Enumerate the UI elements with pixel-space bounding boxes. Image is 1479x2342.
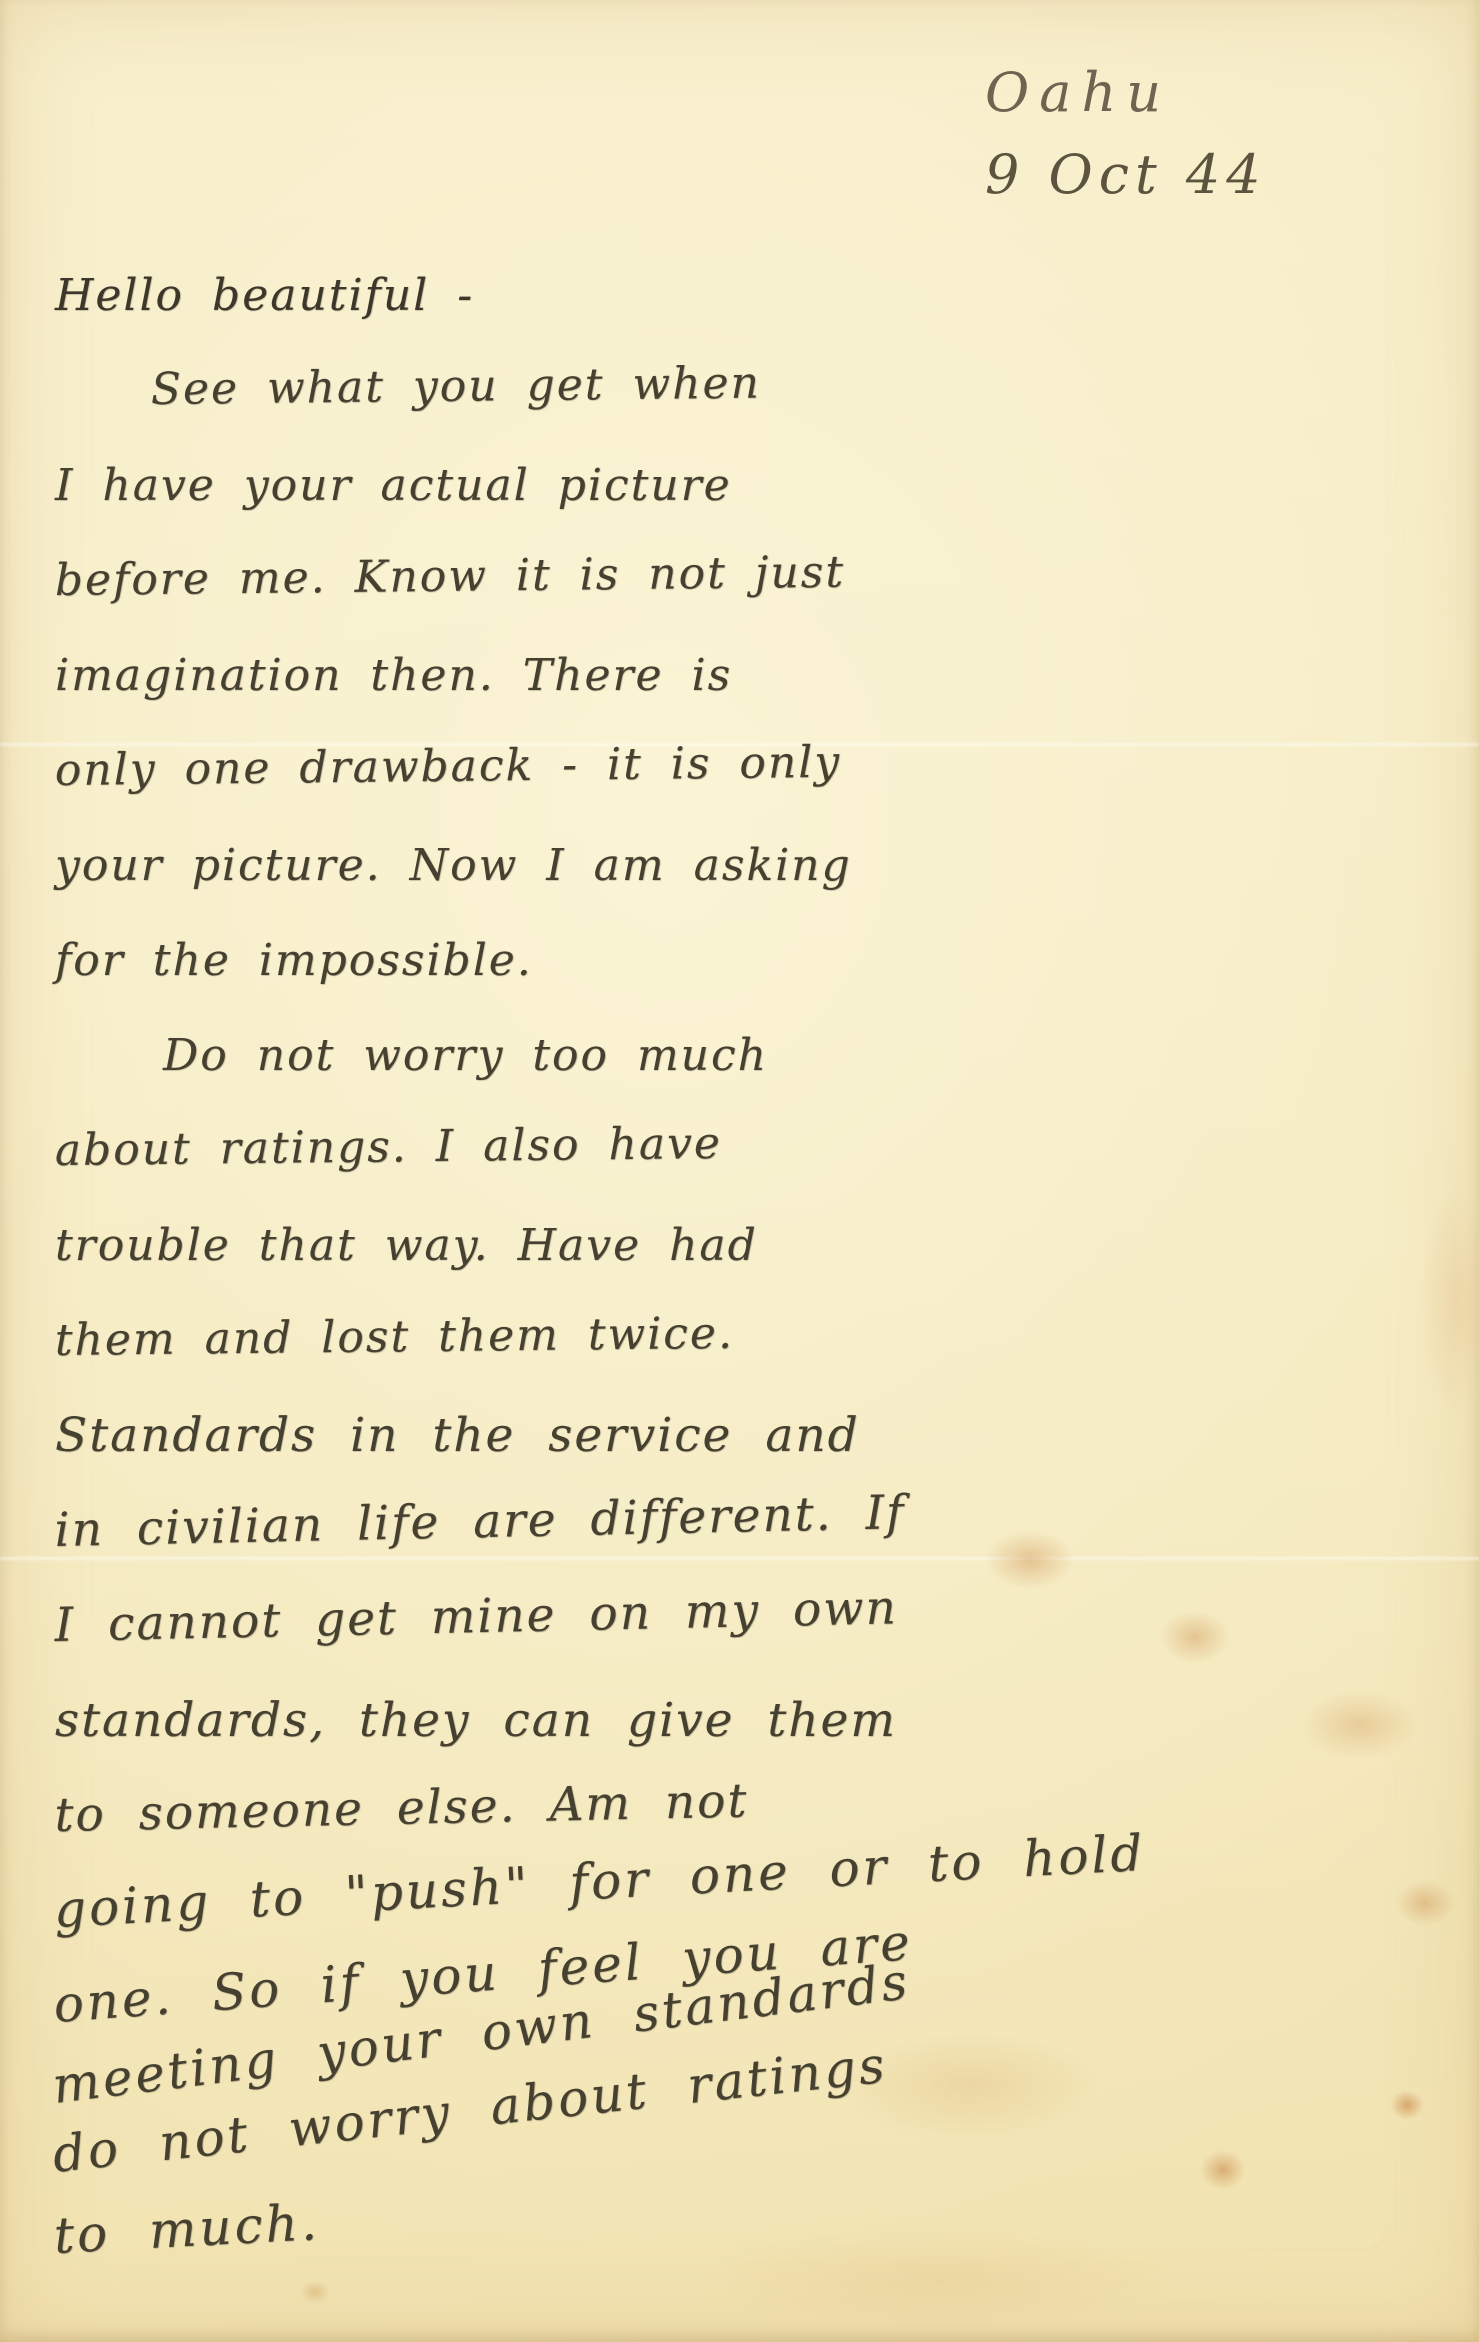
letter-line: I have your actual picture xyxy=(55,438,1435,533)
letter-line: for the impossible. xyxy=(55,913,1435,1008)
dateline-location: Oahu xyxy=(985,52,1267,134)
letter-line: imagination then. There is xyxy=(55,628,1435,723)
letter-line: them and lost them twice. xyxy=(54,1279,1435,1388)
letter-line: your picture. Now I am asking xyxy=(55,818,1435,913)
letter-body: Hello beautiful - See what you get when … xyxy=(55,248,1435,2284)
dateline-date: 9 Oct 44 xyxy=(985,134,1267,216)
letter-line: See what you get when xyxy=(54,329,1435,438)
letter-line: Do not worry too much xyxy=(55,1008,1435,1103)
letter-line: trouble that way. Have had xyxy=(55,1198,1435,1293)
salutation: Hello beautiful - xyxy=(55,248,1435,343)
letter-page: Oahu 9 Oct 44 Hello beautiful - See what… xyxy=(0,0,1479,2342)
letter-line: about ratings. I also have xyxy=(54,1089,1435,1198)
letter-line: before me. Know it is not just xyxy=(54,519,1435,628)
letter-line: only one drawback - it is only xyxy=(54,709,1435,818)
dateline: Oahu 9 Oct 44 xyxy=(985,52,1267,216)
